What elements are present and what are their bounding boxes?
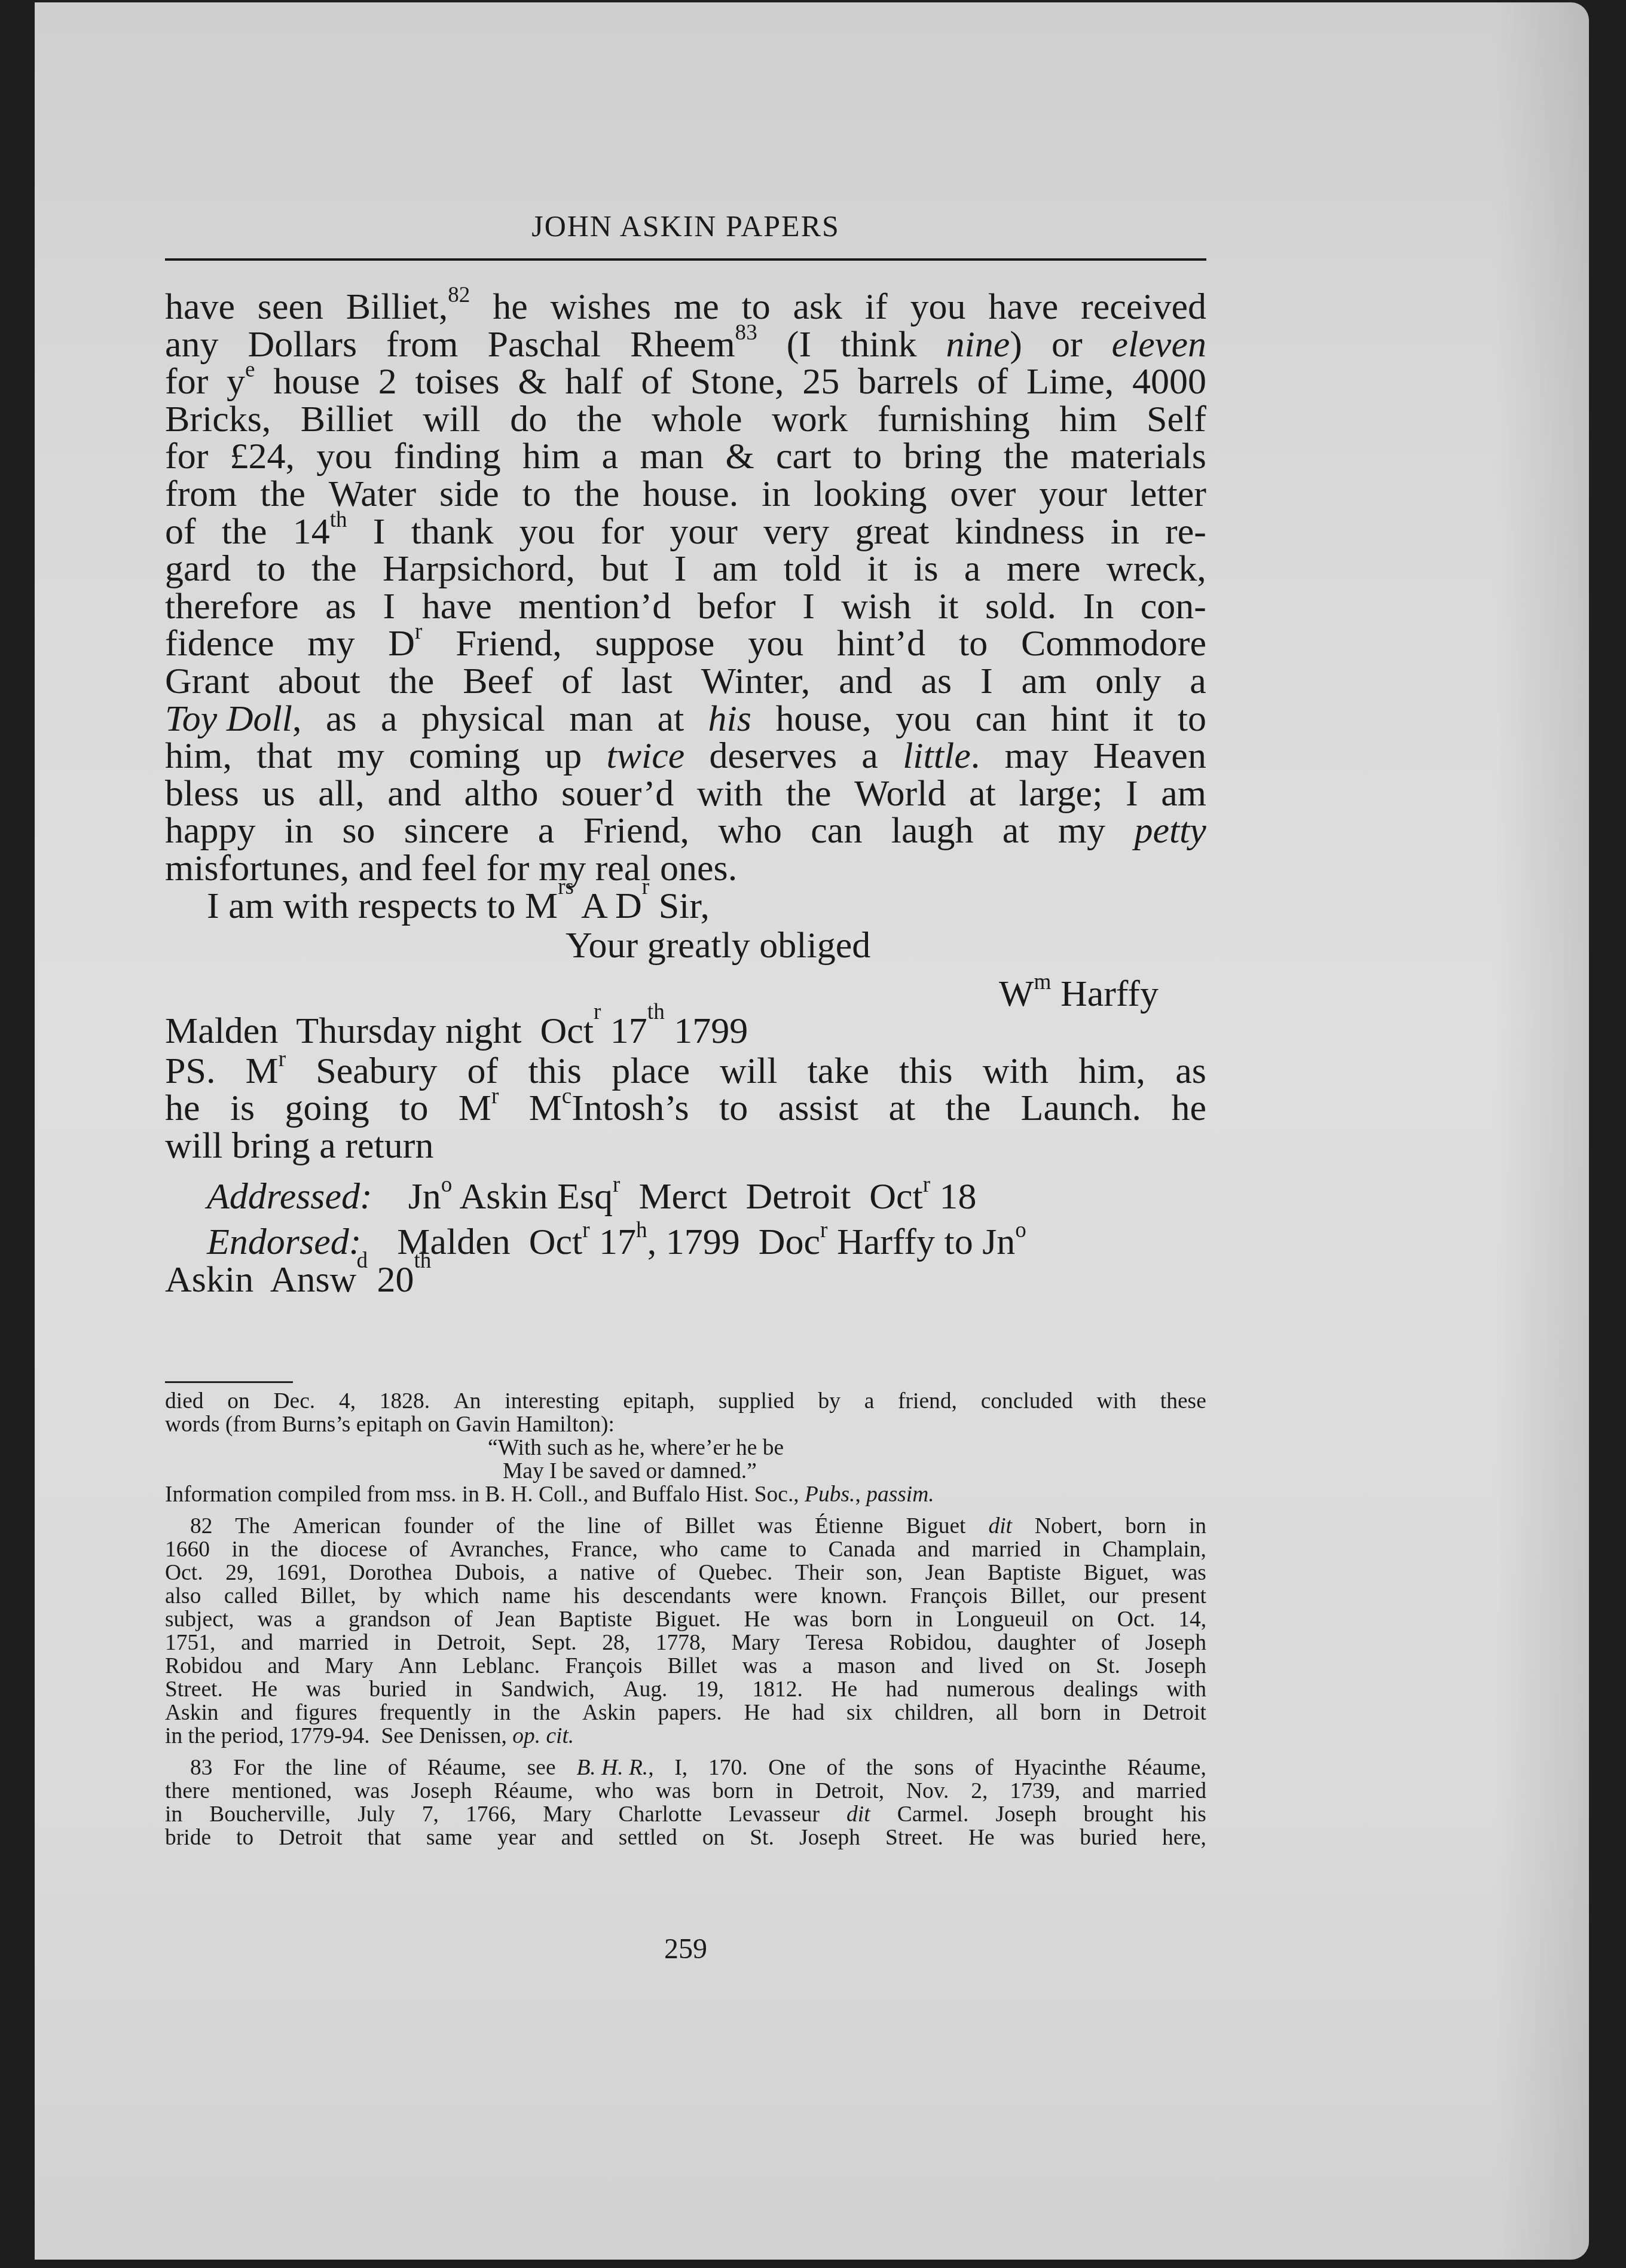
text-line: will bring a return bbox=[165, 1127, 1206, 1165]
book-page: JOHN ASKIN PAPERS haveseenBilliet,82hewi… bbox=[35, 2, 1589, 2260]
text-line: him,thatmycominguptwicedeservesalittle.m… bbox=[165, 737, 1206, 775]
text-line: ofthe14thIthankyouforyourverygreatkindne… bbox=[165, 513, 1206, 551]
addressed-text: Jno Askin Esqr Merct Detroit Octr 18 bbox=[408, 1178, 977, 1216]
text-line: 1751,andmarriedinDetroit,Sept.28,1778,Ma… bbox=[165, 1631, 1206, 1655]
text-line: PS.MrSeaburyofthisplacewilltakethiswithh… bbox=[165, 1052, 1206, 1090]
text-line: words (from Burns’s epitaph on Gavin Ham… bbox=[165, 1413, 1206, 1436]
page-number: 259 bbox=[165, 1933, 1206, 1965]
text-line: diedonDec.4,1828.Aninterestingepitaph,su… bbox=[165, 1390, 1206, 1413]
letter-body: haveseenBilliet,82hewishesmetoaskifyouha… bbox=[165, 288, 1206, 1298]
text-line: 83ForthelineofRéaume,seeB. H. R.,I,170.O… bbox=[165, 1756, 1206, 1779]
text-line: gardtotheHarpsichord,butIamtolditisamere… bbox=[165, 550, 1206, 588]
postscript: PS.MrSeaburyofthisplacewilltakethiswithh… bbox=[165, 1052, 1206, 1165]
text-line: bridetoDetroitthatsameyearandsettledonSt… bbox=[165, 1826, 1206, 1849]
addressed-label: Addressed: bbox=[207, 1178, 372, 1216]
header-rule bbox=[165, 258, 1206, 261]
epitaph-line-2: May I be saved or damned.” bbox=[165, 1460, 1206, 1483]
text-line: Street.HewasburiedinSandwich,Aug.19,1812… bbox=[165, 1678, 1206, 1701]
footnotes: diedonDec.4,1828.Aninterestingepitaph,su… bbox=[165, 1390, 1206, 1849]
letter-paragraph: haveseenBilliet,82hewishesmetoaskifyouha… bbox=[165, 288, 1206, 887]
text-line: fidencemyDrFriend,supposeyouhint’dtoComm… bbox=[165, 625, 1206, 663]
signature: Wm Harffy bbox=[165, 975, 1206, 1013]
text-line: in the period, 1779-94. See Denissen, op… bbox=[165, 1724, 1206, 1748]
text-line: for£24,youfindinghimaman&carttobringthem… bbox=[165, 438, 1206, 475]
epitaph-line-1: “With such as he, where’er he be bbox=[165, 1436, 1206, 1460]
endorsed-line-2: Askin Answd 20th bbox=[165, 1261, 1206, 1299]
text-line: RobidouandMaryAnnLeblanc.FrançoisBilletw… bbox=[165, 1655, 1206, 1678]
text-line: heisgoingtoMrMcIntosh’stoassistattheLaun… bbox=[165, 1089, 1206, 1127]
text-line: fromtheWatersidetothehouse.inlookingover… bbox=[165, 475, 1206, 513]
footnote-rule bbox=[165, 1381, 293, 1383]
text-line: haveseenBilliet,82hewishesmetoaskifyouha… bbox=[165, 288, 1206, 326]
text-line: Oct.29,1691,DorotheaDubois,anativeofQueb… bbox=[165, 1561, 1206, 1585]
text-line: misfortunes, and feel for my real ones. bbox=[165, 850, 1206, 887]
text-line: subject,wasagrandsonofJeanBaptisteBiguet… bbox=[165, 1608, 1206, 1631]
text-line: AskinandfiguresfrequentlyintheAskinpaper… bbox=[165, 1701, 1206, 1724]
letter-closing: I am with respects to Mrs A Dr Sir, bbox=[165, 887, 1206, 925]
footnote-83: 83ForthelineofRéaume,seeB. H. R.,I,170.O… bbox=[165, 1756, 1206, 1849]
footnote-source-line: Information compiled from mss. in B. H. … bbox=[165, 1483, 1206, 1506]
text-line: 82TheAmericanfounderofthelineofBilletwas… bbox=[165, 1515, 1206, 1538]
running-head: JOHN ASKIN PAPERS bbox=[165, 209, 1206, 243]
text-line: 1660inthedioceseofAvranches,France,whoca… bbox=[165, 1538, 1206, 1561]
text-line: therementioned,wasJosephRéaume,whowasbor… bbox=[165, 1779, 1206, 1803]
endorsed-text: Malden Octr 17h, 1799 Docr Harffy to Jno bbox=[397, 1222, 1026, 1262]
endorsed-line-1: Endorsed:Malden Octr 17h, 1799 Docr Harf… bbox=[165, 1223, 1206, 1261]
text-line: anyDollarsfromPaschalRheem83(Ithinknine)… bbox=[165, 326, 1206, 364]
text-line: foryehouse2toises&halfofStone,25barrelso… bbox=[165, 363, 1206, 401]
text-line: blessusall,andalthosouer’dwiththeWorldat… bbox=[165, 775, 1206, 813]
text-line: thereforeasIhavemention’dbeforIwishitsol… bbox=[165, 588, 1206, 625]
addressed-line: Addressed: Jno Askin Esqr Merct Detroit … bbox=[165, 1178, 1206, 1216]
text-line: inBoucherville,July7,1766,MaryCharlotteL… bbox=[165, 1803, 1206, 1826]
text-line: Bricks,Billietwilldothewholeworkfurnishi… bbox=[165, 401, 1206, 438]
valediction: Your greatly obliged bbox=[165, 927, 1206, 964]
footnote-continuation: diedonDec.4,1828.Aninterestingepitaph,su… bbox=[165, 1390, 1206, 1436]
text-line: alsocalledBillet,bywhichnamehisdescendan… bbox=[165, 1585, 1206, 1608]
endorsed-label: Endorsed: bbox=[207, 1222, 361, 1262]
footnote-82: 82TheAmericanfounderofthelineofBilletwas… bbox=[165, 1515, 1206, 1748]
text-line: Toy Doll,asaphysicalmanathishouse,youcan… bbox=[165, 700, 1206, 738]
dateline: Malden Thursday night Octr 17th 1799 bbox=[165, 1012, 1206, 1050]
text-line: GrantabouttheBeefoflastWinter,andasIamon… bbox=[165, 663, 1206, 700]
text-line: happyinsosincereaFriend,whocanlaughatmyp… bbox=[165, 812, 1206, 850]
